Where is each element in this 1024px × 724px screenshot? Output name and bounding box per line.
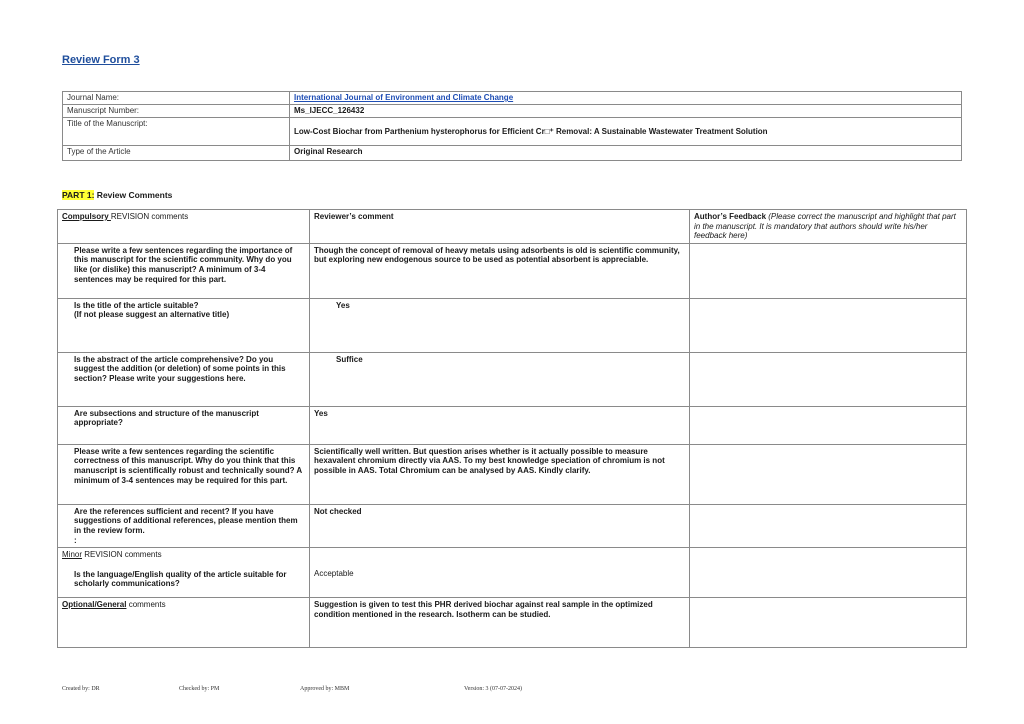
question-cell: Is the abstract of the article comprehen… [58, 352, 310, 406]
reviewer-comment-cell[interactable]: Suggestion is given to test this PHR der… [310, 598, 690, 648]
table-row: Is the title of the article suitable? (I… [58, 298, 967, 352]
table-row: Are the references sufficient and recent… [58, 504, 967, 547]
header-row: Compulsory REVISION comments Reviewer’s … [58, 210, 967, 244]
author-feedback-cell[interactable] [690, 352, 967, 406]
author-feedback-cell[interactable] [690, 243, 967, 298]
minor-revision-cell: Minor REVISION comments Is the language/… [58, 548, 310, 598]
article-type-label: Type of the Article [63, 146, 290, 161]
question-cell: Please write a few sentences regarding t… [58, 243, 310, 298]
author-feedback-header: Author’s Feedback (Please correct the ma… [690, 210, 967, 244]
optional-comments-row: Optional/General comments Suggestion is … [58, 598, 967, 648]
reviewer-comment-cell[interactable]: Acceptable [310, 548, 690, 598]
manuscript-number-label: Manuscript Number: [63, 105, 290, 118]
author-feedback-cell[interactable] [690, 598, 967, 648]
reviewer-comment-header: Reviewer’s comment [310, 210, 690, 244]
table-row: Please write a few sentences regarding t… [58, 243, 967, 298]
minor-revision-row: Minor REVISION comments Is the language/… [58, 548, 967, 598]
author-feedback-cell[interactable] [690, 298, 967, 352]
article-type-value: Original Research [290, 146, 962, 161]
question-cell: Is the language/English quality of the a… [62, 570, 305, 589]
part-title: Review Comments [94, 190, 172, 200]
manuscript-title-value: Low-Cost Biochar from Parthenium hystero… [290, 118, 962, 146]
question-cell: Is the title of the article suitable? (I… [58, 298, 310, 352]
reviewer-comment-cell[interactable]: Suffice [310, 352, 690, 406]
manuscript-info-table: Journal Name: International Journal of E… [62, 91, 962, 161]
author-feedback-cell[interactable] [690, 444, 967, 504]
table-row: Is the abstract of the article comprehen… [58, 352, 967, 406]
table-row: Please write a few sentences regarding t… [58, 444, 967, 504]
author-feedback-cell[interactable] [690, 548, 967, 598]
question-cell: Are the references sufficient and recent… [58, 504, 310, 547]
reviewer-comment-cell[interactable]: Yes [310, 406, 690, 444]
reviewer-comment-cell[interactable]: Not checked [310, 504, 690, 547]
reviewer-comment-cell[interactable]: Yes [310, 298, 690, 352]
question-cell: Are subsections and structure of the man… [58, 406, 310, 444]
author-feedback-cell[interactable] [690, 504, 967, 547]
footer-checked-by: Checked by: PM [179, 686, 219, 692]
author-feedback-cell[interactable] [690, 406, 967, 444]
journal-link[interactable]: International Journal of Environment and… [294, 93, 513, 102]
footer-version: Version: 3 (07-07-2024) [464, 686, 522, 692]
journal-label: Journal Name: [63, 92, 290, 105]
manuscript-number-value: Ms_IJECC_126432 [290, 105, 962, 118]
review-comments-table: Compulsory REVISION comments Reviewer’s … [57, 209, 967, 648]
manuscript-title-label: Title of the Manuscript: [63, 118, 290, 146]
footer-created-by: Created by: DR [62, 686, 100, 692]
part-label: PART 1: [62, 190, 94, 200]
minor-revision-label: Minor REVISION comments [62, 550, 305, 560]
form-title[interactable]: Review Form 3 [62, 54, 140, 66]
reviewer-comment-cell[interactable]: Though the concept of removal of heavy m… [310, 243, 690, 298]
footer-approved-by: Approved by: MBM [300, 686, 349, 692]
reviewer-comment-cell[interactable]: Scientifically well written. But questio… [310, 444, 690, 504]
optional-general-label: Optional/General comments [58, 598, 310, 648]
table-row: Are subsections and structure of the man… [58, 406, 967, 444]
question-cell: Please write a few sentences regarding t… [58, 444, 310, 504]
part-heading: PART 1: Review Comments [62, 190, 172, 200]
compulsory-header: Compulsory REVISION comments [58, 210, 310, 244]
